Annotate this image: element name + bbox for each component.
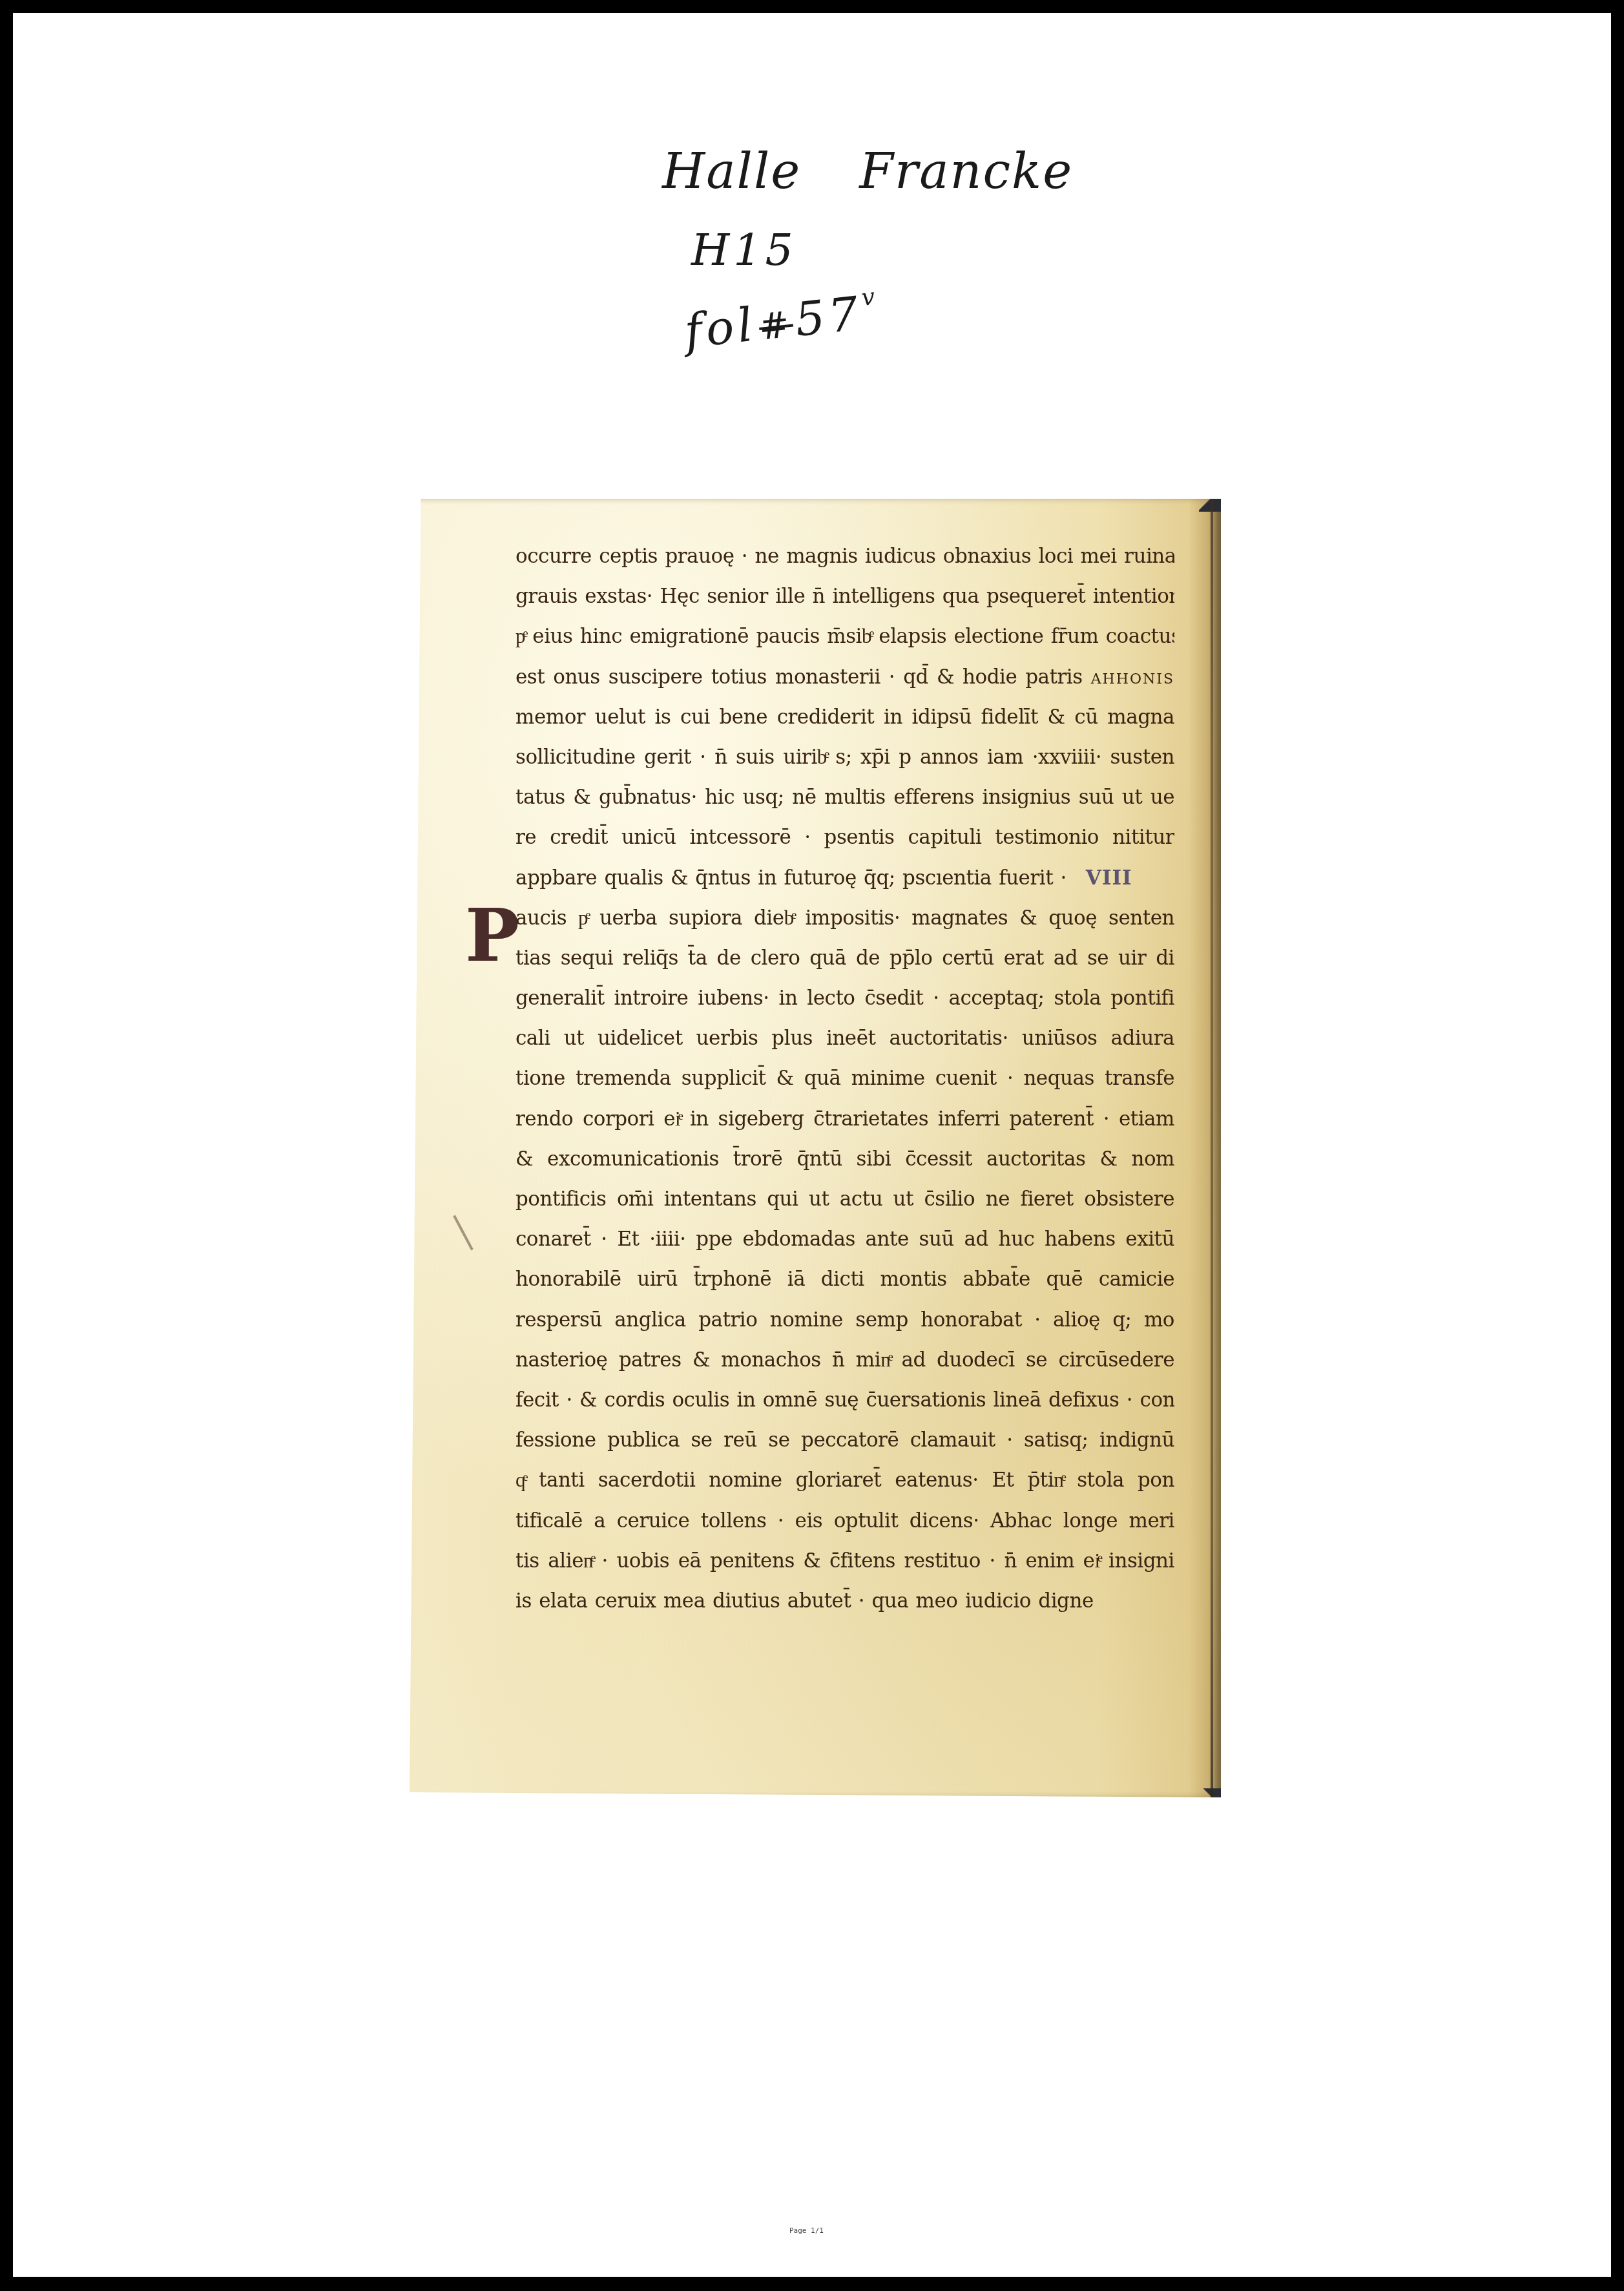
manuscript-line: fessione publica se reū se peccatorē c… [515,1420,1174,1460]
manuscript-line: cali ut uidelicet uerbis plus ineēt auc… [515,1018,1174,1058]
manuscript-line: is elata ceruix mea diutius abutet̄ · qu… [515,1581,1174,1621]
manuscript-proper-name: ahhonis [1091,665,1174,689]
manuscript-line-text: appbare qualis & q̄ntus in futuroę q̄q; … [515,866,1067,890]
decorated-initial-letter: P [465,900,519,972]
manuscript-line: conaret̄ · Et ·iiii· ppe ebdomadas ante … [515,1219,1174,1259]
manuscript-line: tificalē a ceruice tollens · eis optuli… [515,1501,1174,1541]
manuscript-line: memor uelut is cui bene crediderit in id… [515,697,1174,737]
folio-corner-shadow-top [1199,499,1221,512]
chapter-number: VIII [1086,866,1132,890]
manuscript-line: qͤ tanti sacerdotii nomine gloriaret̄ ea… [515,1460,1174,1500]
manuscript-line: tias sequi reliq̄s t̄a de clero quā de … [515,938,1174,978]
folio-side: v [860,283,880,311]
manuscript-line: tione tremenda supplicit̄ & quā minime … [515,1058,1174,1098]
manuscript-line: est onus suscipere totius monasterii · q… [515,657,1174,697]
manuscript-line: aucis pͤ uerba supiora diebͤ impositis· … [515,898,1174,938]
handwritten-city: Halle [662,142,801,200]
manuscript-line: respersū anglica patrio nomine semp hon… [515,1300,1174,1340]
manuscript-text-block: occurre ceptis prauoę · ne magnis iudicu… [515,536,1174,1621]
manuscript-line: appbare qualis & q̄ntus in futuroę q̄q; … [515,858,1174,898]
manuscript-line: & excomunicationis t̄rorē q̄ntū sibi c… [515,1139,1174,1179]
page-indicator: Page 1/1 [789,2226,824,2235]
manuscript-line: sollicitudine gerit · n̄ suis uiribͤ s; … [515,737,1174,777]
manuscript-line-text: est onus suscipere totius monasterii · q… [515,665,1083,689]
folio-number: 57 [793,286,865,346]
manuscript-line: nasterioę patres & monachos n̄ minͤ ad d… [515,1340,1174,1380]
folio-prefix: fol [682,297,759,359]
manuscript-line: grauis exstas· Hęc senior ille n̄ intell… [515,576,1174,616]
handwritten-library: Francke [859,142,1073,200]
handwritten-shelfmark: H15 [691,225,797,276]
manuscript-line: honorabilē uirū t̄rphonē iā dicti mo… [515,1259,1174,1299]
handwritten-repository-label: HalleFrancke [662,142,1073,200]
manuscript-line: tis alienͤ · uobis eā penitens & c̄fite… [515,1541,1174,1581]
folio-corner-shadow-bottom [1199,1788,1221,1797]
manuscript-line: rendo corpori eiͤ in sigeberg c̄trarieta… [515,1099,1174,1139]
manuscript-line: pontificis om̄i intentans qui ut actu ut… [515,1179,1174,1219]
manuscript-line: re credit̄ unicū intcessorē · psentis … [515,817,1174,857]
manuscript-line: occurre ceptis prauoę · ne magnis iudicu… [515,536,1174,576]
manuscript-line: tatus & gub̄natus· hic usq; nē multis e… [515,777,1174,817]
manuscript-line: generalit̄ introire iubens· in lecto c̄s… [515,978,1174,1018]
manuscript-line: fecit · & cordis oculis in omnē suę c̄u… [515,1380,1174,1420]
manuscript-line: pͤ eius hinc emigrationē paucis m̄sibͤ … [515,616,1174,656]
struck-out-mark: # [757,304,795,349]
